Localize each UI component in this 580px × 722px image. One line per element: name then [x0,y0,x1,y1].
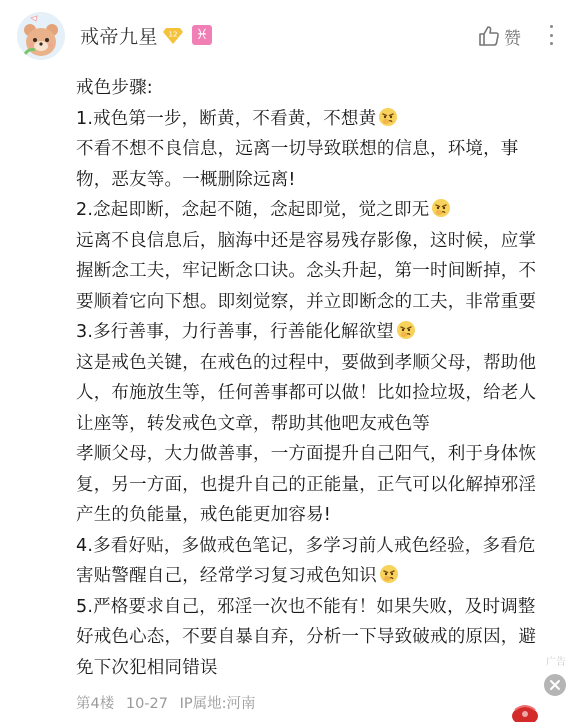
post-line: 5.严格要求自己，邪淫一次也不能有！如果失败，及时调整 [76,592,570,623]
post-line-text: 让座等，转发戒色文章，帮助其他吧友戒色等 [76,414,430,434]
post-line: 3.多行善事，力行善事，行善能化解欲望 [76,317,570,348]
post-line-text: 物，恶友等。一概删除远离! [76,170,296,190]
post-line: 物，恶友等。一概删除远离! [76,165,570,196]
post-line-text: 1.戒色第一步，断黄，不看黄，不想黄 [76,109,376,129]
vertical-ellipsis-icon [550,34,553,37]
post-meta: 第4楼 10-27 IP属地:河南 [76,692,263,713]
vertical-ellipsis-icon [550,25,553,28]
avatar[interactable] [17,12,65,60]
angry-face-emoji-icon [378,107,398,127]
close-icon [544,674,566,696]
post-line: 握断念工夫，牢记断念口诀。念头升起，第一时间断掉，不 [76,256,570,287]
post-line: 不看不想不良信息，远离一切导致联想的信息，环境，事 [76,134,570,165]
post-line-text: 害贴警醒自己，经常学习复习戒色知识 [76,566,377,586]
thumbs-up-icon [478,25,500,47]
zodiac-badge: ♓ [192,25,212,45]
post-line: 产生的负能量，戒色能更加容易! [76,500,570,531]
angry-face-emoji-icon [431,198,451,218]
post-line-text: 2.念起即断，念起不随，念起即觉，觉之即无 [76,200,429,220]
post-line-text: 3.多行善事，力行善事，行善能化解欲望 [76,322,394,342]
post-line-text: 4.多看好贴，多做戒色笔记，多学习前人戒色经验，多看危 [76,536,536,556]
more-options-button[interactable] [543,22,559,48]
post-line: 好戒色心态，不要自暴自弃，分析一下导致破戒的原因，避 [76,622,570,653]
red-gift-icon [505,704,545,722]
angry-face-emoji-icon [396,320,416,340]
floor-number: 第4楼 [76,696,114,712]
angry-face-emoji-icon [379,564,399,584]
ad-image[interactable] [505,704,545,722]
post-header: 戒帝九星 12 ♓ 赞 [0,0,580,72]
post-line-text: 握断念工夫，牢记断念口诀。念头升起，第一时间断掉，不 [76,261,536,281]
username[interactable]: 戒帝九星 [80,22,158,49]
ip-location: IP属地:河南 [180,696,256,712]
post-line-text: 孝顺父母，大力做善事，一方面提升自己阳气，利于身体恢 [76,444,536,464]
post-line: 1.戒色第一步，断黄，不看黄，不想黄 [76,104,570,135]
post-line: 要顺着它向下想。即刻觉察，并立即断念的工夫，非常重要 [76,287,570,318]
post-line: 戒色步骤: [76,73,570,104]
post-line: 2.念起即断，念起不随，念起即觉，觉之即无 [76,195,570,226]
post-line: 害贴警醒自己，经常学习复习戒色知识 [76,561,570,592]
post-line-text: 好戒色心态，不要自暴自弃，分析一下导致破戒的原因，避 [76,627,536,647]
post-line: 这是戒色关键，在戒色的过程中，要做到孝顺父母，帮助他 [76,348,570,379]
post-line-text: 人，布施放生等，任何善事都可以做！比如捡垃圾，给老人 [76,383,536,403]
post-line: 复，另一方面，也提升自己的正能量，正气可以化解掉邪淫 [76,470,570,501]
svg-text:12: 12 [169,31,178,39]
bear-avatar-icon [17,12,65,60]
ad-label: 广告 [546,653,566,668]
post-line: 孝顺父母，大力做善事，一方面提升自己阳气，利于身体恢 [76,439,570,470]
ad-close-button[interactable] [544,674,566,696]
post-line: 4.多看好贴，多做戒色笔记，多学习前人戒色经验，多看危 [76,531,570,562]
post-line-text: 要顺着它向下想。即刻觉察，并立即断念的工夫，非常重要 [76,292,536,312]
post-line-text: 免下次犯相同错误 [76,658,218,678]
vertical-ellipsis-icon [550,42,553,45]
post-line-text: 复，另一方面，也提升自己的正能量，正气可以化解掉邪淫 [76,475,536,495]
post-line-text: 不看不想不良信息，远离一切导致联想的信息，环境，事 [76,139,519,159]
like-label: 赞 [504,24,521,49]
post-date: 10-27 [126,696,168,712]
like-button[interactable]: 赞 [478,23,521,49]
post-line: 让座等，转发戒色文章，帮助其他吧友戒色等 [76,409,570,440]
post-line: 远离不良信息后，脑海中还是容易残存影像，这时候，应掌 [76,226,570,257]
diamond-level-icon: 12 [163,27,183,44]
post-line: 人，布施放生等，任何善事都可以做！比如捡垃圾，给老人 [76,378,570,409]
post-line-text: 产生的负能量，戒色能更加容易! [76,505,331,525]
level-badge: 12 [163,27,183,44]
post-page: 戒帝九星 12 ♓ 赞 戒色步骤:1.戒色第一步，断黄，不看黄，不想黄不看不想不… [0,0,580,722]
post-line-text: 5.严格要求自己，邪淫一次也不能有！如果失败，及时调整 [76,597,536,617]
post-line: 免下次犯相同错误 [76,653,570,684]
post-line-text: 这是戒色关键，在戒色的过程中，要做到孝顺父母，帮助他 [76,353,536,373]
post-line-text: 戒色步骤: [76,78,153,98]
post-line-text: 远离不良信息后，脑海中还是容易残存影像，这时候，应掌 [76,231,536,251]
post-content: 戒色步骤:1.戒色第一步，断黄，不看黄，不想黄不看不想不良信息，远离一切导致联想… [76,73,570,683]
